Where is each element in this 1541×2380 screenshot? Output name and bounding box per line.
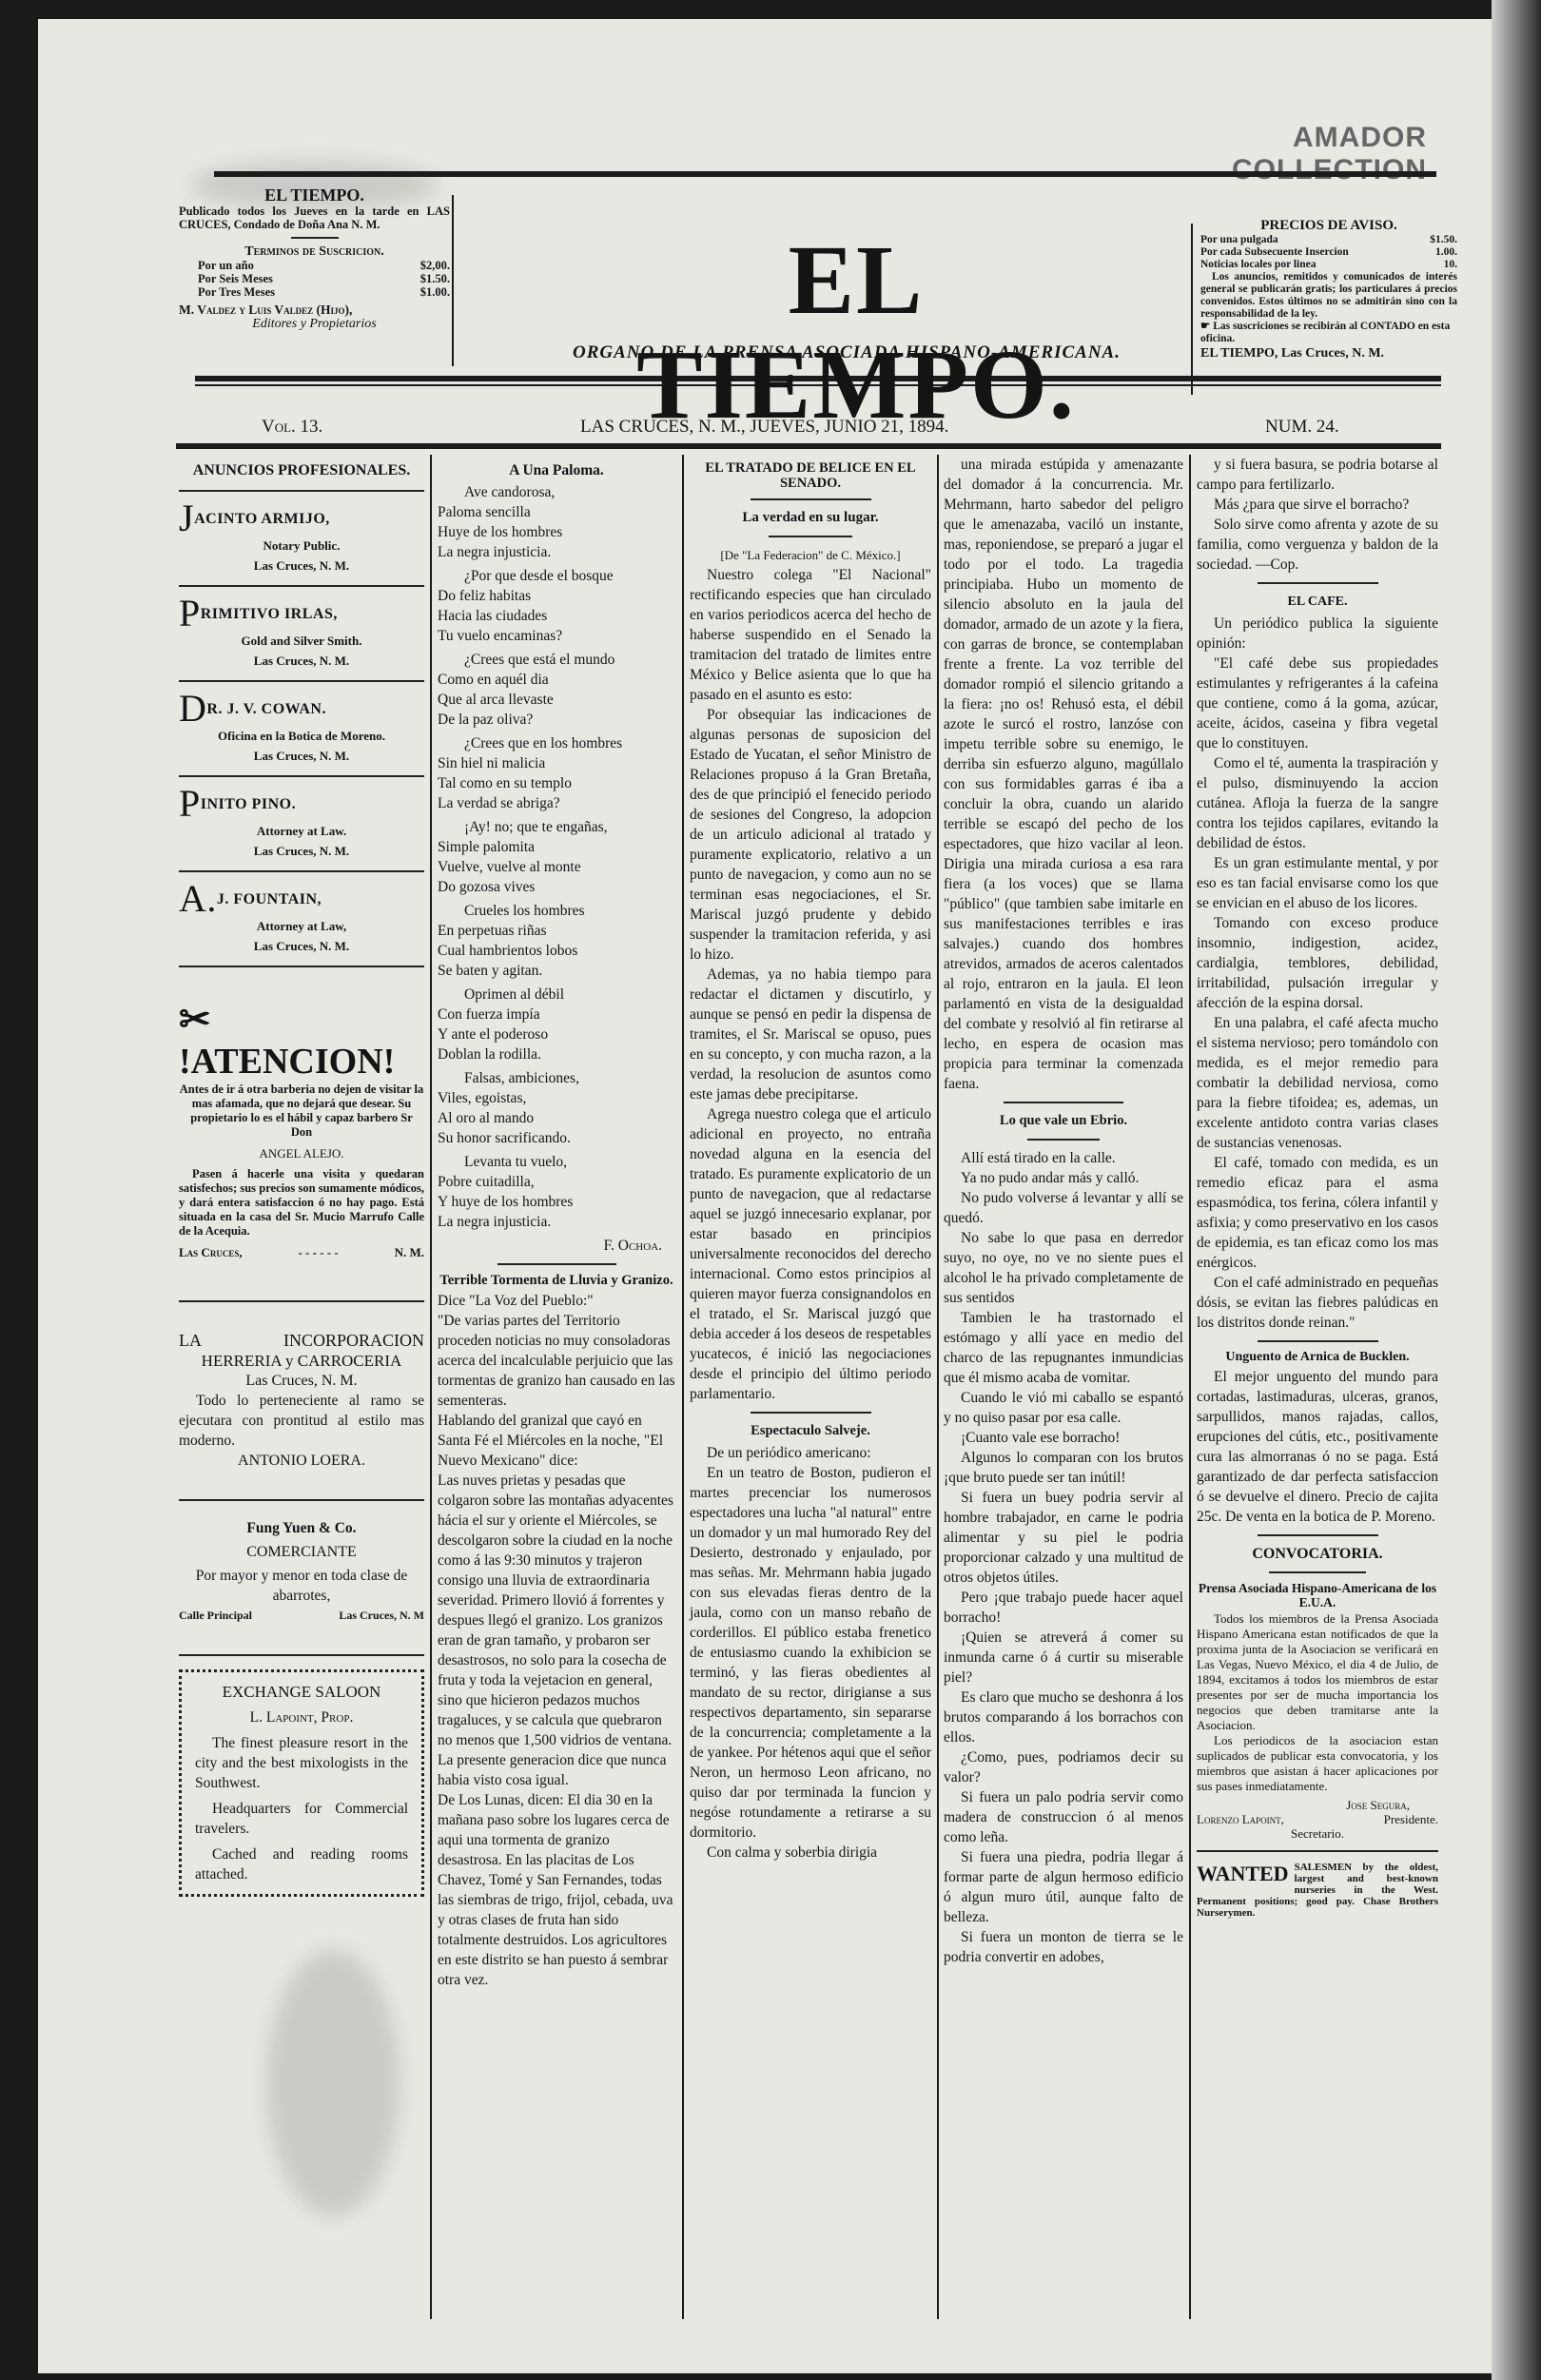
ear-title: EL TIEMPO. (179, 185, 450, 205)
drop-cap: A. (179, 877, 217, 920)
newspaper-subtitle: ORGANO DE LA PRENSA ASOCIADA HISPANO-AME… (514, 342, 1180, 363)
separator (1258, 1340, 1378, 1342)
drunkard-title: Lo que vale un Ebrio. (944, 1111, 1183, 1131)
separator (179, 490, 424, 492)
card-name: PINITO PINO. (179, 787, 424, 821)
poem-line: Do feliz habitas (438, 586, 675, 606)
volume-number: Vol. 13. (262, 417, 322, 438)
drunkard-paragraph: Allí está tirado en la calle. (944, 1148, 1183, 1168)
incorporacion-left: LA (179, 1331, 202, 1351)
poem-line: Huye de los hombres (438, 522, 675, 542)
convocation-paragraph: Todos los miembros de la Prensa Asociada… (1197, 1611, 1438, 1733)
belize-paragraph: Ademas, ya no habia tiempo para redactar… (690, 965, 931, 1104)
wanted-label: WANTED (1197, 1862, 1289, 1886)
belize-subtitle: La verdad en su lugar. (690, 508, 931, 528)
column-belize-treaty: EL TRATADO DE BELICE EN EL SENADO. La ve… (690, 455, 931, 1863)
poem-stanza: Levanta tu vuelo,Pobre cuitadilla,Y huye… (438, 1152, 675, 1232)
drunkard-paragraph: Si fuera una piedra, podria llegar á for… (944, 1847, 1183, 1927)
spectacle-paragraph: En un teatro de Boston, pudieron el mart… (690, 1463, 931, 1843)
card-name-rest: INITO PINO. (201, 796, 296, 812)
convocation-title: CONVOCATORIA. (1197, 1544, 1438, 1564)
card-line: Las Cruces, N. M. (179, 936, 424, 956)
card-line: Notary Public. (179, 536, 424, 556)
poem-line: Y huye de los hombres (438, 1192, 675, 1212)
column-divider (430, 455, 432, 2319)
herreria-owner: ANTONIO LOERA. (179, 1451, 424, 1471)
storm-paragraph: De Los Lunas, dicen: El dia 30 en la mañ… (438, 1790, 675, 1990)
separator (179, 870, 424, 872)
newspaper-title: EL TIEMPO. (590, 228, 1122, 438)
separator (769, 536, 853, 537)
spectacle-paragraph: De un periódico americano: (690, 1443, 931, 1463)
drunkard-paragraph: Más ¿para que sirve el borracho? (1197, 495, 1438, 515)
term-row: Por Seis Meses$1.50. (198, 272, 450, 285)
poem-line: La negra injusticia. (438, 542, 675, 562)
poem-stanza: ¿Crees que en los hombresSin hiel ni mal… (438, 733, 675, 813)
scan-edge-shadow (1492, 0, 1541, 2380)
rate-price: 10. (1444, 259, 1457, 271)
card-name: JACINTO ARMIJO, (179, 501, 424, 536)
coffee-paragraph: Con el café administrado en pequeñas dós… (1197, 1273, 1438, 1333)
card-line: Las Cruces, N. M. (179, 841, 424, 861)
secretary-role: Secretario. (1197, 1826, 1438, 1841)
separator (1004, 1102, 1123, 1103)
poem-line: Falsas, ambiciones, (438, 1068, 675, 1088)
business-card: PRIMITIVO IRLAS, Gold and Silver Smith. … (179, 596, 424, 671)
subscription-box: EL TIEMPO. Publicado todos los Jueves en… (179, 185, 450, 331)
drunkard-paragraph: Tambien le ha trastornado el estómago y … (944, 1308, 1183, 1388)
drunkard-paragraph: Algunos lo comparan con los brutos ¡que … (944, 1448, 1183, 1488)
poem-line: Ave candorosa, (438, 482, 675, 502)
herreria-body: Todo lo perteneciente al ramo se ejecuta… (179, 1391, 424, 1451)
drunkard-paragraph: ¡Quien se atreverá á comer su inmunda ca… (944, 1628, 1183, 1687)
poem-line: De la paz oliva? (438, 710, 675, 730)
incorporacion-line: LA INCORPORACION (179, 1331, 424, 1351)
poem-stanza: Ave candorosa,Paloma sencillaHuye de los… (438, 482, 675, 562)
saloon-body: Headquarters for Commercial travelers. (195, 1799, 408, 1839)
separator (1258, 582, 1378, 584)
business-card: DR. J. V. COWAN. Oficina en la Botica de… (179, 692, 424, 766)
poem-line: ¿Por que desde el bosque (438, 566, 675, 586)
drunkard-paragraph: Es claro que mucho se deshonra á los bru… (944, 1687, 1183, 1747)
poem-line: Como en aquél dia (438, 670, 675, 690)
card-name: A.J. FOUNTAIN, (179, 882, 424, 916)
masthead-left-divider (452, 195, 454, 366)
poem-line: La verdad se abriga? (438, 793, 675, 813)
column-lion-drunkard: una mirada estúpida y amenazante del dom… (944, 455, 1183, 1967)
arnica-ad: El mejor unguento del mundo para cortada… (1197, 1367, 1438, 1527)
rate-label: Noticias locales por linea (1200, 259, 1317, 271)
coffee-paragraph: Tomando con exceso produce insomnio, ind… (1197, 913, 1438, 1013)
publication-note: Publicado todos los Jueves en la tarde e… (179, 205, 450, 231)
poem-line: ¡Ay! no; que te engañas, (438, 817, 675, 837)
poem-line: Tal como en su templo (438, 773, 675, 793)
separator (179, 680, 424, 682)
drunkard-article-continued: y si fuera basura, se podria botarse al … (1197, 455, 1438, 575)
card-line: Las Cruces, N. M. (179, 651, 424, 671)
spectacle-title: Espectaculo Salveje. (690, 1421, 931, 1441)
spectacle-article: De un periódico americano:En un teatro d… (690, 1443, 931, 1863)
coffee-paragraph: Es un gran estimulante mental, y por eso… (1197, 853, 1438, 913)
belize-source: [De "La Federacion" de C. México.] (690, 545, 931, 565)
drunkard-paragraph: Si fuera un monton de tierra se le podri… (944, 1927, 1183, 1967)
belize-paragraph: Por obsequiar las indicaciones de alguna… (690, 705, 931, 965)
card-name-rest: ACINTO ARMIJO, (194, 511, 330, 527)
herreria-city: Las Cruces, N. M. (179, 1371, 424, 1391)
term-label: Por Seis Meses (198, 272, 273, 285)
storm-paragraph: Hablando del granizal que cayó en Santa … (438, 1411, 675, 1471)
separator (179, 1499, 424, 1501)
advertising-rates-box: PRECIOS DE AVISO. Por una pulgada$1.50. … (1200, 217, 1457, 362)
card-name-rest: RIMITIVO IRLAS, (201, 606, 338, 622)
poem-line: ¿Crees que está el mundo (438, 650, 675, 670)
poem-line: Tu vuelo encaminas? (438, 626, 675, 646)
storm-title: Terrible Tormenta de Lluvia y Granizo. (438, 1273, 675, 1289)
rate-label: Por cada Subsecuente Insercion (1200, 246, 1349, 259)
poem-line: Al oro al mando (438, 1108, 675, 1128)
drunkard-article: Allí está tirado en la calle.Ya no pudo … (944, 1148, 1183, 1967)
poem-stanza: ¿Por que desde el bosqueDo feliz habitas… (438, 566, 675, 646)
cash-note: ☛ Las suscriciones se recibirán al CONTA… (1200, 321, 1457, 345)
poem-line: En perpetuas riñas (438, 921, 675, 941)
atencion-title: !ATENCION! (179, 1042, 395, 1082)
lion-article-continued: una mirada estúpida y amenazante del dom… (944, 455, 1183, 1094)
separator (179, 585, 424, 587)
poem-line: Pobre cuitadilla, (438, 1172, 675, 1192)
poem-stanza: Falsas, ambiciones,Viles, egoistas,Al or… (438, 1068, 675, 1148)
grocery-city: Las Cruces, N. M (339, 1606, 424, 1626)
business-card: JACINTO ARMIJO, Notary Public. Las Cruce… (179, 501, 424, 575)
masthead-top-rule (214, 171, 1436, 177)
term-label: Por Tres Meses (198, 285, 275, 299)
poem-line: Vuelve, vuelve al monte (438, 857, 675, 877)
coffee-paragraph: En una palabra, el café afecta mucho el … (1197, 1013, 1438, 1153)
poem-line: Levanta tu vuelo, (438, 1152, 675, 1172)
issue-number: NUM. 24. (1265, 417, 1339, 438)
convocation-body: Todos los miembros de la Prensa Asociada… (1197, 1611, 1438, 1794)
saloon-body: Cached and reading rooms attached. (195, 1844, 408, 1884)
poem-author: F. Ochoa. (438, 1236, 675, 1256)
masthead-right-divider (1191, 224, 1193, 395)
separator (1258, 1534, 1378, 1536)
convocation-subtitle: Prensa Asociada Hispano-Americana de los… (1197, 1581, 1438, 1609)
saloon-proprietor: L. Lapoint, Prop. (195, 1707, 408, 1727)
saloon-title: EXCHANGE SALOON (195, 1682, 408, 1702)
professional-ads-heading: ANUNCIOS PROFESIONALES. (179, 460, 424, 480)
card-line: Las Cruces, N. M. (179, 746, 424, 766)
barber-body-2: Pasen á hacerle una visita y quedaran sa… (179, 1167, 424, 1239)
drunkard-paragraph: Solo sirve como afrenta y azote de su fa… (1197, 515, 1438, 575)
rates-signature: EL TIEMPO, Las Cruces, N. M. (1200, 345, 1457, 362)
card-name-rest: J. FOUNTAIN, (217, 891, 322, 907)
coffee-paragraph: Un periódico publica la siguiente opinió… (1197, 614, 1438, 654)
separator (1269, 1571, 1366, 1573)
terms-title: Terminos de Suscricion. (179, 244, 450, 259)
column-poem-storm: A Una Paloma. Ave candorosa,Paloma senci… (438, 455, 675, 1990)
separator (1027, 1139, 1100, 1141)
drop-cap: P (179, 592, 201, 634)
card-line: Oficina en la Botica de Moreno. (179, 726, 424, 746)
coffee-paragraph: Como el té, aumenta la traspiración y el… (1197, 753, 1438, 853)
drunkard-paragraph: Pero ¡que trabajo puede hacer aquel borr… (944, 1588, 1183, 1628)
drunkard-paragraph: Si fuera un palo podria servir como made… (944, 1787, 1183, 1847)
separator (179, 966, 424, 967)
belize-article: Nuestro colega "El Nacional" rectificand… (690, 565, 931, 1404)
arnica-paragraph: El mejor unguento del mundo para cortada… (1197, 1367, 1438, 1527)
secretary-name: Lorenzo Lapoint, (1197, 1812, 1284, 1826)
card-line: Las Cruces, N. M. (179, 556, 424, 575)
wanted-ad: WANTED SALESMEN by the oldest, largest a… (1197, 1862, 1438, 1919)
storm-article: Dice "La Voz del Pueblo:""De varias part… (438, 1291, 675, 1990)
card-name: PRIMITIVO IRLAS, (179, 596, 424, 631)
separator (179, 1300, 424, 1302)
business-card: PINITO PINO. Attorney at Law. Las Cruces… (179, 787, 424, 861)
drop-cap: J (179, 497, 194, 539)
poem-line: Viles, egoistas, (438, 1088, 675, 1108)
column-coffee-notices: y si fuera basura, se podria botarse al … (1197, 455, 1438, 1919)
drunkard-paragraph: y si fuera basura, se podria botarse al … (1197, 455, 1438, 495)
card-name-rest: R. J. V. COWAN. (206, 701, 326, 717)
rate-row: Por una pulgada$1.50. (1200, 234, 1457, 246)
spectacle-paragraph: Con calma y soberbia dirigia (690, 1843, 931, 1863)
grocery-type: COMERCIANTE (179, 1542, 424, 1562)
drop-cap: P (179, 782, 201, 825)
footer-state: N. M. (395, 1242, 424, 1262)
signature-row: Lorenzo Lapoint, Presidente. (1197, 1812, 1438, 1826)
arnica-title: Unguento de Arnica de Bucklen. (1197, 1350, 1438, 1365)
poem-line: Con fuerza impía (438, 1005, 675, 1024)
rate-price: 1.00. (1435, 246, 1457, 259)
storm-paragraph: Las nuves prietas y pesadas que colgaron… (438, 1471, 675, 1790)
poem-stanza: ¡Ay! no; que te engañas,Simple palomitaV… (438, 817, 675, 897)
saloon-body: The finest pleasure resort in the city a… (195, 1733, 408, 1793)
card-line: Attorney at Law. (179, 821, 424, 841)
poem-line: ¿Crees que en los hombres (438, 733, 675, 753)
barber-ad: ✂!ATENCION! Antes de ir á otra barberia … (179, 996, 424, 1262)
card-line: Gold and Silver Smith. (179, 631, 424, 651)
atencion-heading: ✂!ATENCION! (179, 996, 424, 1083)
drunkard-paragraph: Si fuera un buey podria servir al hombre… (944, 1488, 1183, 1588)
blacksmith-ad: LA INCORPORACION HERRERIA y CARROCERIA L… (179, 1331, 424, 1471)
incorporacion-right: INCORPORACION (283, 1331, 424, 1351)
ear-separator (291, 237, 339, 239)
poem-body: Ave candorosa,Paloma sencillaHuye de los… (438, 482, 675, 1232)
poem-line: Se baten y agitan. (438, 961, 675, 981)
poem-line: Paloma sencilla (438, 502, 675, 522)
belize-paragraph: Agrega nuestro colega que el articulo ad… (690, 1104, 931, 1404)
grocery-name: Fung Yuen & Co. (179, 1518, 424, 1538)
dateline-rule (176, 443, 1441, 449)
term-row: Por Tres Meses$1.00. (198, 285, 450, 299)
footer-city: Las Cruces, (179, 1242, 243, 1262)
column-divider (1189, 455, 1191, 2319)
grocery-street: Calle Principal (179, 1606, 252, 1626)
term-price: $1.00. (420, 285, 450, 299)
pointing-hand-icon: ☛ (1200, 321, 1213, 332)
editors: M. Valdez y Luis Valdez (Hijo), (179, 302, 450, 317)
drunkard-paragraph: ¡Cuanto vale ese borracho! (944, 1428, 1183, 1448)
rate-row: Noticias locales por linea10. (1200, 259, 1457, 271)
coffee-title: EL CAFE. (1197, 592, 1438, 612)
poem-title: A Una Paloma. (438, 460, 675, 480)
president-role: Presidente. (1384, 1812, 1438, 1826)
poem-line: Oprimen al débil (438, 985, 675, 1005)
drunkard-paragraph: ¿Como, pues, podriamos decir su valor? (944, 1747, 1183, 1787)
drunkard-paragraph: No sabe lo que pasa en derredor suyo, no… (944, 1228, 1183, 1308)
footer-dots: - - - - - - (298, 1242, 338, 1262)
term-label: Por un año (198, 259, 254, 272)
separator (179, 775, 424, 777)
coffee-article: Un periódico publica la siguiente opinió… (1197, 614, 1438, 1333)
separator (1197, 1850, 1438, 1852)
separator (497, 1263, 616, 1265)
convocation-signatures: Jose Segura, Lorenzo Lapoint, Presidente… (1197, 1798, 1438, 1841)
poem-stanza: Oprimen al débilCon fuerza impíaY ante e… (438, 985, 675, 1064)
poem-line: Simple palomita (438, 837, 675, 857)
poem-line: La negra injusticia. (438, 1212, 675, 1232)
cash-note-text: Las suscriciones se recibirán al CONTADO… (1200, 321, 1450, 344)
ink-smudge (266, 1950, 400, 2216)
poem-line: Que al arca llevaste (438, 690, 675, 710)
grocery-address: Calle Principal Las Cruces, N. M (179, 1606, 424, 1626)
rate-row: Por cada Subsecuente Insercion1.00. (1200, 246, 1457, 259)
place-and-date: LAS CRUCES, N. M., JUEVES, JUNIO 21, 189… (580, 417, 1113, 438)
herreria-title: HERRERIA y CARROCERIA (179, 1351, 424, 1371)
poem-stanza: ¿Crees que está el mundoComo en aquél di… (438, 650, 675, 730)
poem-line: Crueles los hombres (438, 901, 675, 921)
drunkard-paragraph: Ya no pudo andar más y calló. (944, 1168, 1183, 1188)
poem-stanza: Crueles los hombresEn perpetuas riñasCua… (438, 901, 675, 981)
editors-role: Editores y Propietarios (179, 317, 450, 331)
poem-line: Su honor sacrificando. (438, 1128, 675, 1148)
rates-title: PRECIOS DE AVISO. (1200, 217, 1457, 234)
scissors-icon: ✂ (179, 999, 232, 1041)
poem-line: Sin hiel ni malicia (438, 753, 675, 773)
card-name: DR. J. V. COWAN. (179, 692, 424, 726)
poem-line: Doblan la rodilla. (438, 1044, 675, 1064)
poem-line: Hacia las ciudades (438, 606, 675, 626)
barber-footer: Las Cruces, - - - - - - N. M. (179, 1242, 424, 1262)
separator (179, 1654, 424, 1656)
grocery-ad: Fung Yuen & Co. COMERCIANTE Por mayor y … (179, 1518, 424, 1626)
president-name: Jose Segura, (1197, 1798, 1438, 1812)
poem-line: Cual hambrientos lobos (438, 941, 675, 961)
poem-line: Do gozosa vives (438, 877, 675, 897)
belize-paragraph: Nuestro colega "El Nacional" rectificand… (690, 565, 931, 705)
barber-body: Antes de ir á otra barberia no dejen de … (179, 1083, 424, 1140)
rate-label: Por una pulgada (1200, 234, 1278, 246)
rate-price: $1.50. (1430, 234, 1457, 246)
rates-note: Los anuncios, remitidos y comunicados de… (1200, 271, 1457, 321)
drop-cap: D (179, 687, 206, 730)
belize-title: EL TRATADO DE BELICE EN EL SENADO. (690, 460, 931, 491)
barber-name: ANGEL ALEJO. (179, 1143, 424, 1163)
coffee-paragraph: "El café debe sus propiedades estimulant… (1197, 654, 1438, 753)
term-price: $2,00. (420, 259, 450, 272)
saloon-ad: EXCHANGE SALOON L. Lapoint, Prop. The fi… (179, 1669, 424, 1897)
drunkard-paragraph: No pudo volverse á levantar y allí se qu… (944, 1188, 1183, 1228)
poem-line: Y ante el poderoso (438, 1024, 675, 1044)
column-professional-ads: ANUNCIOS PROFESIONALES. JACINTO ARMIJO, … (179, 455, 424, 1897)
coffee-paragraph: El café, tomado con medida, es un remedi… (1197, 1153, 1438, 1273)
lion-paragraph: una mirada estúpida y amenazante del dom… (944, 455, 1183, 1094)
term-price: $1.50. (420, 272, 450, 285)
column-divider (682, 455, 684, 2319)
business-card: A.J. FOUNTAIN, Attorney at Law, Las Cruc… (179, 882, 424, 956)
term-row: Por un año$2,00. (198, 259, 450, 272)
column-divider (937, 455, 939, 2319)
storm-paragraph: Dice "La Voz del Pueblo:" (438, 1291, 675, 1311)
grocery-body: Por mayor y menor en toda clase de abarr… (179, 1566, 424, 1606)
convocation-paragraph: Los periodicos de la asociacion estan su… (1197, 1733, 1438, 1794)
terms-list: Por un año$2,00. Por Seis Meses$1.50. Po… (179, 259, 450, 299)
separator (751, 1412, 871, 1414)
storm-paragraph: "De varias partes del Territorio procede… (438, 1311, 675, 1411)
drunkard-paragraph: Cuando le vió mi caballo se espantó y no… (944, 1388, 1183, 1428)
separator (751, 498, 871, 500)
